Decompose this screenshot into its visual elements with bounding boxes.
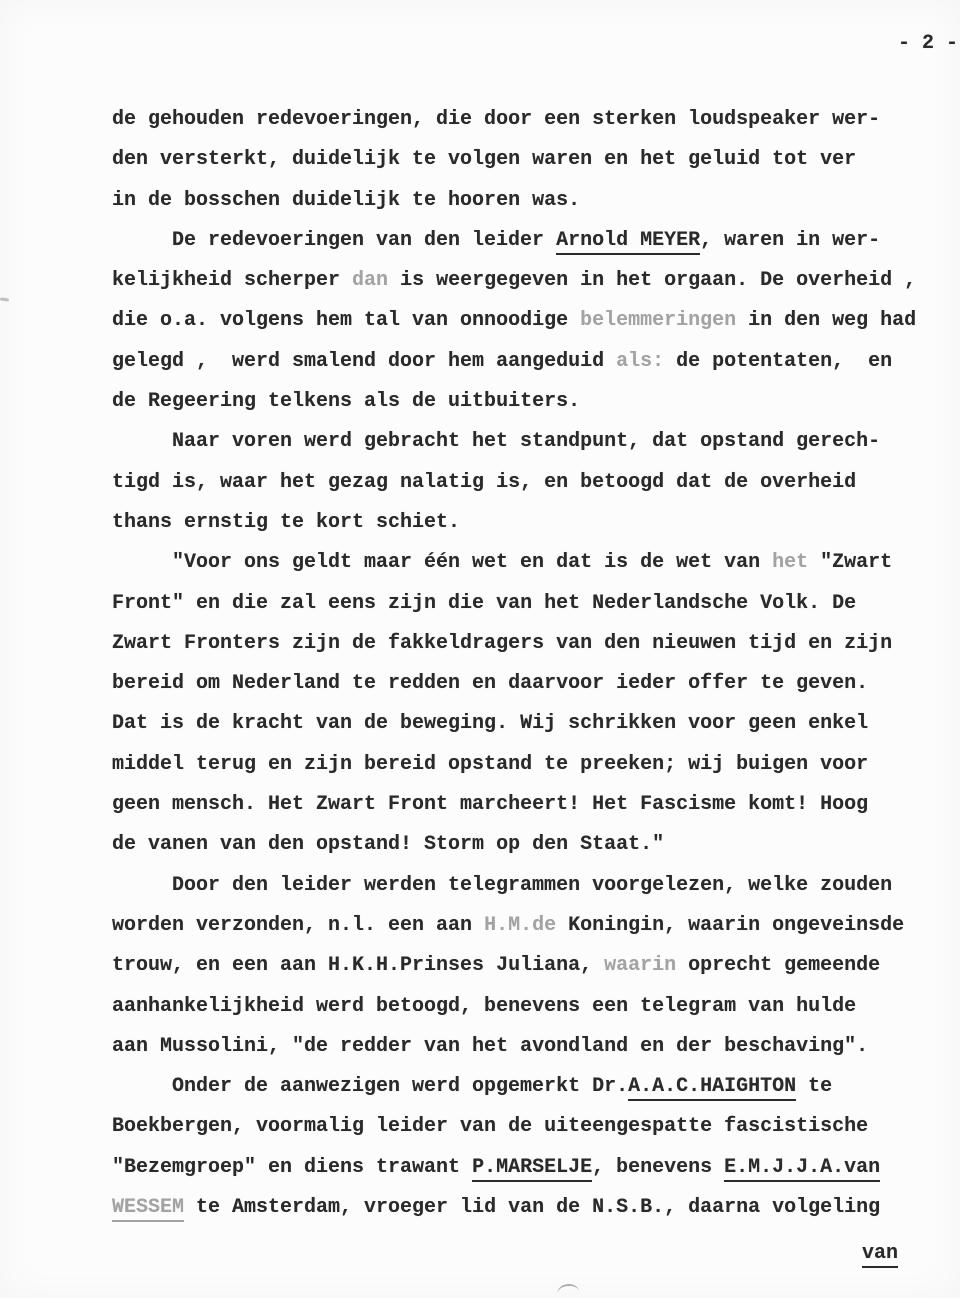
- text-run: "Zwart: [808, 551, 892, 574]
- text-run: worden verzonden, n.l. een aan: [112, 914, 484, 937]
- page-number: - 2 -: [898, 32, 958, 55]
- underlined-name: WESSEM: [112, 1196, 184, 1222]
- text-line: WESSEM te Amsterdam, vroeger lid van de …: [112, 1188, 932, 1228]
- text-run: Zwart Fronters zijn de fakkeldragers van…: [112, 632, 892, 655]
- text-line: "Voor ons geldt maar één wet en dat is d…: [112, 543, 932, 583]
- underlined-name: A.A.C.HAIGHTON: [628, 1075, 796, 1101]
- scan-smudge-left-edge: [0, 297, 9, 301]
- text-line: Onder de aanwezigen werd opgemerkt Dr.A.…: [112, 1067, 932, 1107]
- text-run: de potentaten, en: [664, 350, 892, 373]
- text-run: belemmeringen: [580, 309, 736, 332]
- text-run: thans ernstig te kort schiet.: [112, 511, 460, 534]
- text-line: bereid om Nederland te redden en daarvoo…: [112, 664, 932, 704]
- text-run: middel terug en zijn bereid opstand te p…: [112, 753, 868, 776]
- text-run: de gehouden redevoeringen, die door een …: [112, 108, 880, 131]
- text-run: is weergegeven in het orgaan. De overhei…: [388, 269, 916, 292]
- text-line: Door den leider werden telegrammen voorg…: [112, 866, 932, 906]
- text-line: middel terug en zijn bereid opstand te p…: [112, 745, 932, 785]
- typewritten-page: - 2 - de gehouden redevoeringen, die doo…: [0, 0, 960, 1298]
- text-line: de Regeering telkens als de uitbuiters.: [112, 382, 932, 422]
- text-run: Boekbergen, voormalig leider van de uite…: [112, 1115, 868, 1138]
- document-body: de gehouden redevoeringen, die door een …: [112, 100, 932, 1228]
- text-run: de Regeering telkens als de uitbuiters.: [112, 390, 580, 413]
- text-line: Dat is de kracht van de beweging. Wij sc…: [112, 704, 932, 744]
- text-line: Naar voren werd gebracht het standpunt, …: [112, 422, 932, 462]
- text-run: den versterkt, duidelijk te volgen waren…: [112, 148, 856, 171]
- text-line: aanhankelijkheid werd betoogd, benevens …: [112, 987, 932, 1027]
- text-line: die o.a. volgens hem tal van onnoodige b…: [112, 301, 932, 341]
- text-run: als:: [616, 350, 664, 373]
- text-line: trouw, en een aan H.K.H.Prinses Juliana,…: [112, 946, 932, 986]
- text-line: de vanen van den opstand! Storm op den S…: [112, 825, 932, 865]
- text-line: de gehouden redevoeringen, die door een …: [112, 100, 932, 140]
- text-run: gelegd , werd smalend door hem aangeduid: [112, 350, 616, 373]
- text-run: H.M.de: [484, 914, 556, 937]
- text-run: waarin: [604, 954, 676, 977]
- text-line: den versterkt, duidelijk te volgen waren…: [112, 140, 932, 180]
- underlined-name: Arnold MEYER: [556, 229, 700, 255]
- text-run: Koningin, waarin ongeveinsde: [556, 914, 904, 937]
- text-run: bereid om Nederland te redden en daarvoo…: [112, 672, 868, 695]
- catchword-text: van: [862, 1242, 898, 1268]
- text-line: tigd is, waar het gezag nalatig is, en b…: [112, 463, 932, 503]
- text-run: , benevens: [592, 1156, 724, 1179]
- text-run: dan: [352, 269, 388, 292]
- text-run: de vanen van den opstand! Storm op den S…: [112, 833, 664, 856]
- text-run: te Amsterdam, vroeger lid van de N.S.B.,…: [184, 1196, 880, 1219]
- underlined-name: E.M.J.J.A.van: [724, 1156, 880, 1182]
- text-line: worden verzonden, n.l. een aan H.M.de Ko…: [112, 906, 932, 946]
- text-run: oprecht gemeende: [676, 954, 880, 977]
- text-run: kelijkheid scherper: [112, 269, 352, 292]
- text-run: aanhankelijkheid werd betoogd, benevens …: [112, 995, 856, 1018]
- text-run: het: [772, 551, 808, 574]
- text-run: die o.a. volgens hem tal van onnoodige: [112, 309, 580, 332]
- text-line: geen mensch. Het Zwart Front marcheert! …: [112, 785, 932, 825]
- text-line: "Bezemgroep" en diens trawant P.MARSELJE…: [112, 1148, 932, 1188]
- text-line: Boekbergen, voormalig leider van de uite…: [112, 1107, 932, 1147]
- text-line: De redevoeringen van den leider Arnold M…: [112, 221, 932, 261]
- text-line: thans ernstig te kort schiet.: [112, 503, 932, 543]
- text-run: in de bosschen duidelijk te hooren was.: [112, 189, 580, 212]
- text-line: in de bosschen duidelijk te hooren was.: [112, 181, 932, 221]
- text-line: aan Mussolini, "de redder van het avondl…: [112, 1027, 932, 1067]
- text-line: gelegd , werd smalend door hem aangeduid…: [112, 342, 932, 382]
- text-run: trouw, en een aan H.K.H.Prinses Juliana,: [112, 954, 604, 977]
- text-run: geen mensch. Het Zwart Front marcheert! …: [112, 793, 868, 816]
- catchword: van: [862, 1242, 898, 1266]
- text-run: "Voor ons geldt maar één wet en dat is d…: [172, 551, 772, 574]
- text-line: Front" en die zal eens zijn die van het …: [112, 584, 932, 624]
- text-run: "Bezemgroep" en diens trawant: [112, 1156, 472, 1179]
- scan-smudge-bottom: [557, 1283, 580, 1294]
- underlined-name: P.MARSELJE: [472, 1156, 592, 1182]
- text-run: te: [796, 1075, 832, 1098]
- text-run: in den weg had: [736, 309, 916, 332]
- text-run: Naar voren werd gebracht het standpunt, …: [172, 430, 880, 453]
- text-run: Dat is de kracht van de beweging. Wij sc…: [112, 712, 868, 735]
- text-line: kelijkheid scherper dan is weergegeven i…: [112, 261, 932, 301]
- text-run: , waren in wer-: [700, 229, 880, 252]
- text-run: aan Mussolini, "de redder van het avondl…: [112, 1035, 868, 1058]
- text-run: Front" en die zal eens zijn die van het …: [112, 592, 856, 615]
- text-run: De redevoeringen van den leider: [172, 229, 556, 252]
- text-line: Zwart Fronters zijn de fakkeldragers van…: [112, 624, 932, 664]
- text-run: tigd is, waar het gezag nalatig is, en b…: [112, 471, 856, 494]
- text-run: Door den leider werden telegrammen voorg…: [172, 874, 892, 897]
- text-run: Onder de aanwezigen werd opgemerkt Dr.: [172, 1075, 628, 1098]
